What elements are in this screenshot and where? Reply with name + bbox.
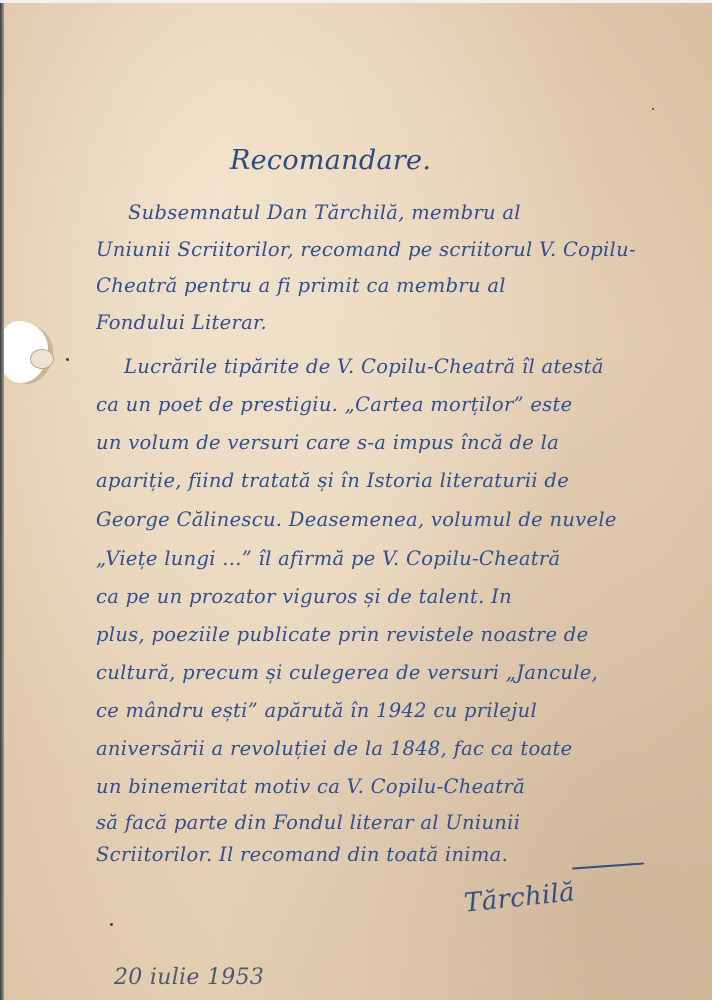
signature: Tărchilă xyxy=(463,877,577,918)
letter-line: să facă parte din Fondul literar al Uniu… xyxy=(96,813,520,833)
letter-line: ca un poet de prestigiu. „Cartea morțilo… xyxy=(96,395,572,415)
letter-line: un volum de versuri care s-a impus încă … xyxy=(96,433,559,453)
letter-date: 20 iulie 1953 xyxy=(114,965,264,990)
letter-line: Lucrările tipărite de V. Copilu-Cheatră … xyxy=(124,357,604,377)
letter-line: ce mândru ești” apărută în 1942 cu prile… xyxy=(96,701,537,721)
letter-line: Uniunii Scriitorilor, recomand pe scriit… xyxy=(96,240,636,260)
paper-speck xyxy=(66,358,69,361)
letter-line: George Călinescu. Deasemenea, volumul de… xyxy=(96,510,617,530)
letter-line: Scriitorilor. Il recomand din toată inim… xyxy=(96,845,508,865)
letter-line: Fondului Literar. xyxy=(96,313,267,333)
letter-title: Recomandare. xyxy=(230,145,431,176)
letter-line: ca pe un prozator viguros și de talent. … xyxy=(96,587,512,607)
paper-speck xyxy=(110,923,113,926)
paper-tear-fold xyxy=(30,349,54,369)
letter-line: aniversării a revoluției de la 1848, fac… xyxy=(96,739,573,759)
paper-speck xyxy=(652,108,654,110)
letter-line: Subsemnatul Dan Tărchilă, membru al xyxy=(128,203,521,223)
letter-page: Recomandare. Subsemnatul Dan Tărchilă, m… xyxy=(4,3,712,1000)
letter-line: Cheatră pentru a fi primit ca membru al xyxy=(96,276,506,296)
letter-line: cultură, precum și culegerea de versuri … xyxy=(96,663,598,683)
letter-line: „Viețe lungi ...” îl afirmă pe V. Copilu… xyxy=(96,549,560,569)
letter-line: un binemeritat motiv ca V. Copilu-Cheatr… xyxy=(96,777,525,797)
signature-flourish xyxy=(572,862,644,869)
letter-line: apariție, fiind tratată și în Istoria li… xyxy=(96,471,569,491)
letter-line: plus, poeziile publicate prin revistele … xyxy=(96,625,588,645)
